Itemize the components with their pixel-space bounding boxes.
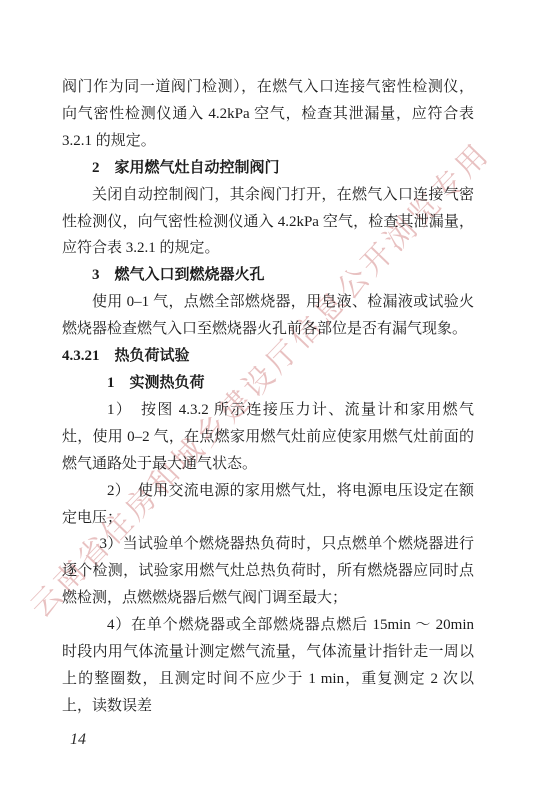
clause-heading-4-3-21: 4.3.21 热负荷试验 — [62, 343, 474, 370]
item-heading-2: 2 家用燃气灶自动控制阀门 — [62, 155, 474, 182]
item-heading-3: 3 燃气入口到燃烧器火孔 — [62, 262, 474, 289]
sub-item-4: 4）在单个燃烧器或全部燃烧器点燃后 15min ～ 20min 时段内用气体流量… — [62, 612, 474, 720]
paragraph-continuation: 阀门作为同一道阀门检测），在燃气入口连接气密性检测仪，向气密性检测仪通入 4.2… — [62, 74, 474, 155]
sub-item-1: 1） 按图 4.3.2 所示连接压力计、流量计和家用燃气灶，使用 0–2 气，在… — [62, 397, 474, 478]
page-body-text: 阀门作为同一道阀门检测），在燃气入口连接气密性检测仪，向气密性检测仪通入 4.2… — [62, 74, 474, 720]
page-number: 14 — [70, 731, 86, 749]
paragraph: 使用 0–1 气，点燃全部燃烧器，用皂液、检漏液或试验火燃烧器检查燃气入口至燃烧… — [62, 289, 474, 343]
sub-item-2: 2） 使用交流电源的家用燃气灶，将电源电压设定在额定电压； — [62, 478, 474, 532]
paragraph: 关闭自动控制阀门，其余阀门打开，在燃气入口连接气密性检测仪，向气密性检测仪通入 … — [62, 182, 474, 263]
document-page: 云南省住房和城乡建设厅信息公开浏览专用 阀门作为同一道阀门检测），在燃气入口连接… — [0, 0, 536, 793]
sub-item-3: 3）当试验单个燃烧器热负荷时，只点燃单个燃烧器进行逐个检测，试验家用燃气灶总热负… — [62, 531, 474, 612]
item-heading-1: 1 实测热负荷 — [62, 370, 474, 397]
